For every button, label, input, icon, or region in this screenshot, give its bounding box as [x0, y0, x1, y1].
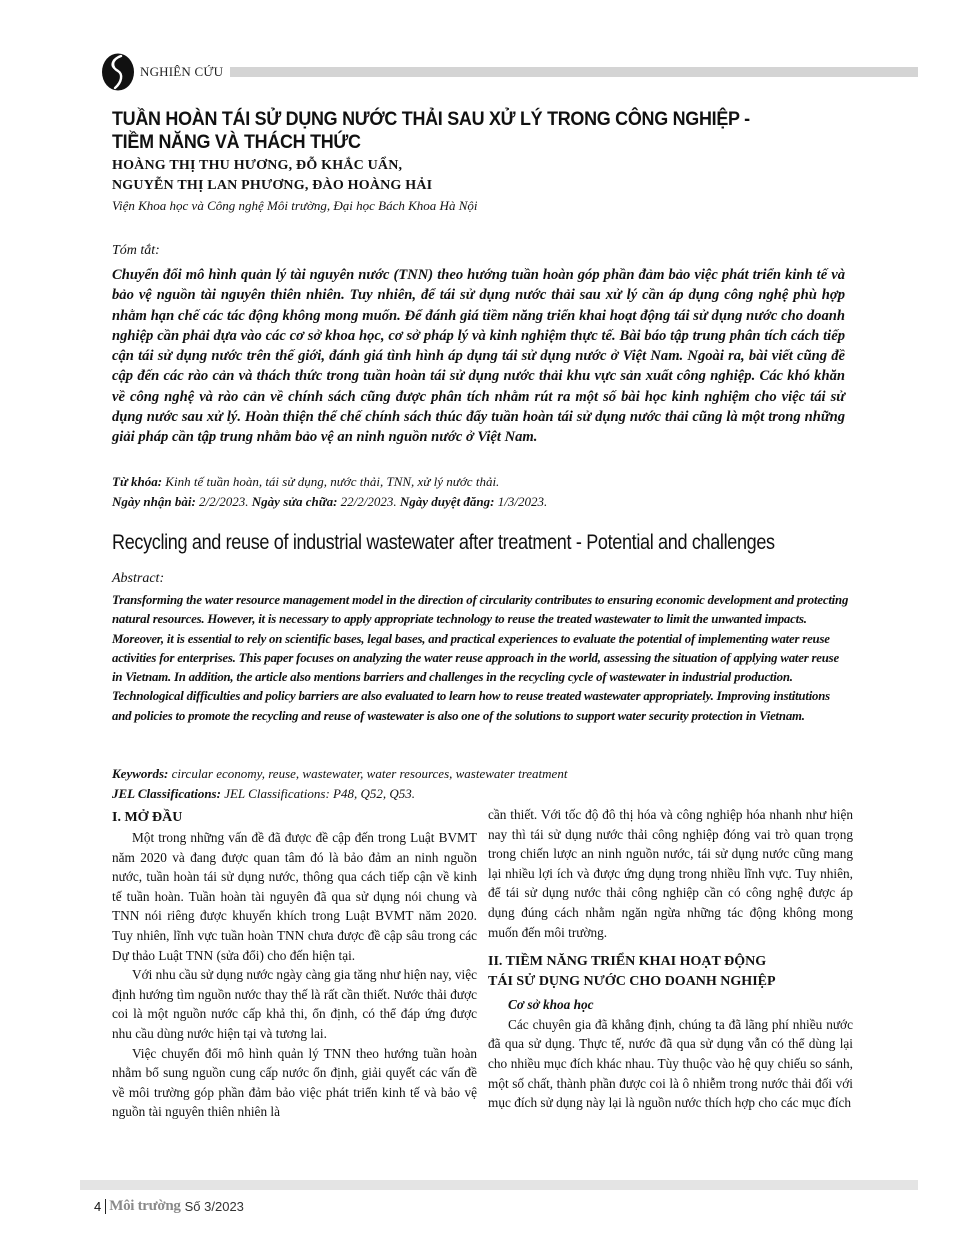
en-abstract-label: Abstract:: [112, 571, 164, 587]
swirl-logo-icon: [100, 52, 136, 92]
authors: HOÀNG THỊ THU HƯƠNG, ĐỖ KHẮC UẨN, NGUYỄN…: [112, 156, 432, 196]
article-title-line2: TIỀM NĂNG VÀ THÁCH THỨC: [112, 131, 756, 154]
revised-date: 22/2/2023.: [341, 494, 397, 509]
english-title: Recycling and reuse of industrial wastew…: [112, 530, 775, 556]
jel-value: JEL Classifications: P48, Q52, Q53.: [224, 786, 415, 801]
jel-label: JEL Classifications:: [112, 786, 221, 801]
body-paragraph: Một trong những vấn đề đã được đề cập đế…: [112, 828, 477, 965]
jel-classifications: JEL Classifications: JEL Classifications…: [112, 786, 415, 802]
section2-heading-line2: TÁI SỬ DỤNG NƯỚC CHO DOANH NGHIỆP: [488, 972, 853, 992]
authors-line1: HOÀNG THỊ THU HƯƠNG, ĐỖ KHẮC UẨN,: [112, 156, 432, 176]
page-footer: 4 Môi trường Số 3/2023: [94, 1196, 244, 1216]
vn-keywords-value: Kinh tế tuần hoàn, tái sử dụng, nước thả…: [165, 474, 499, 489]
received-label: Ngày nhận bài:: [112, 494, 196, 509]
footer-divider-bar: [80, 1180, 918, 1190]
section2-heading-line1: II. TIỀM NĂNG TRIỂN KHAI HOẠT ĐỘNG: [488, 952, 853, 972]
article-title-line1: TUẦN HOÀN TÁI SỬ DỤNG NƯỚC THẢI SAU XỬ L…: [112, 108, 756, 131]
vn-dates: Ngày nhận bài: 2/2/2023. Ngày sửa chữa: …: [112, 494, 547, 510]
section1-heading: I. MỞ ĐẦU: [112, 808, 477, 828]
article-title: TUẦN HOÀN TÁI SỬ DỤNG NƯỚC THẢI SAU XỬ L…: [112, 108, 756, 154]
section-label: NGHIÊN CỨU: [140, 64, 223, 80]
body-paragraph: Việc chuyển đổi mô hình quản lý TNN theo…: [112, 1044, 477, 1122]
header-divider-bar: [230, 67, 918, 77]
affiliation: Viện Khoa học và Công nghệ Môi trường, Đ…: [112, 198, 477, 214]
body-paragraph: Các chuyên gia đã khẳng định, chúng ta đ…: [488, 1015, 853, 1113]
authors-line2: NGUYỄN THỊ LAN PHƯƠNG, ĐÀO HOÀNG HẢI: [112, 176, 432, 196]
accepted-label: Ngày duyệt đăng:: [400, 494, 495, 509]
vn-abstract-label: Tóm tắt:: [112, 243, 160, 259]
en-abstract-text: Transforming the water resource manageme…: [112, 591, 852, 726]
body-paragraph: Với nhu cầu sử dụng nước ngày càng gia t…: [112, 965, 477, 1043]
received-date: 2/2/2023.: [199, 494, 248, 509]
subheading: Cơ sở khoa học: [488, 995, 853, 1015]
section2-heading: II. TIỀM NĂNG TRIỂN KHAI HOẠT ĐỘNG TÁI S…: [488, 952, 853, 992]
page-number: 4: [94, 1199, 106, 1214]
en-keywords-value: circular economy, reuse, wastewater, wat…: [172, 766, 568, 781]
en-keywords: Keywords: circular economy, reuse, waste…: [112, 766, 567, 782]
en-keywords-label: Keywords:: [112, 766, 168, 781]
accepted-date: 1/3/2023.: [498, 494, 547, 509]
body-right-column: cần thiết. Với tốc độ đô thị hóa và công…: [488, 805, 853, 1113]
body-paragraph-continuation: cần thiết. Với tốc độ đô thị hóa và công…: [488, 805, 853, 942]
magazine-name: Môi trường: [109, 1198, 180, 1215]
revised-label: Ngày sửa chữa:: [252, 494, 338, 509]
page-header: NGHIÊN CỨU: [100, 52, 918, 92]
vn-keywords-label: Từ khóa:: [112, 474, 162, 489]
vn-keywords: Từ khóa: Kinh tế tuần hoàn, tái sử dụng,…: [112, 474, 499, 490]
body-left-column: I. MỞ ĐẦU Một trong những vấn đề đã được…: [112, 808, 477, 1122]
issue-number: Số 3/2023: [185, 1199, 244, 1214]
vn-abstract-text: Chuyển đổi mô hình quản lý tài nguyên nư…: [112, 265, 845, 448]
